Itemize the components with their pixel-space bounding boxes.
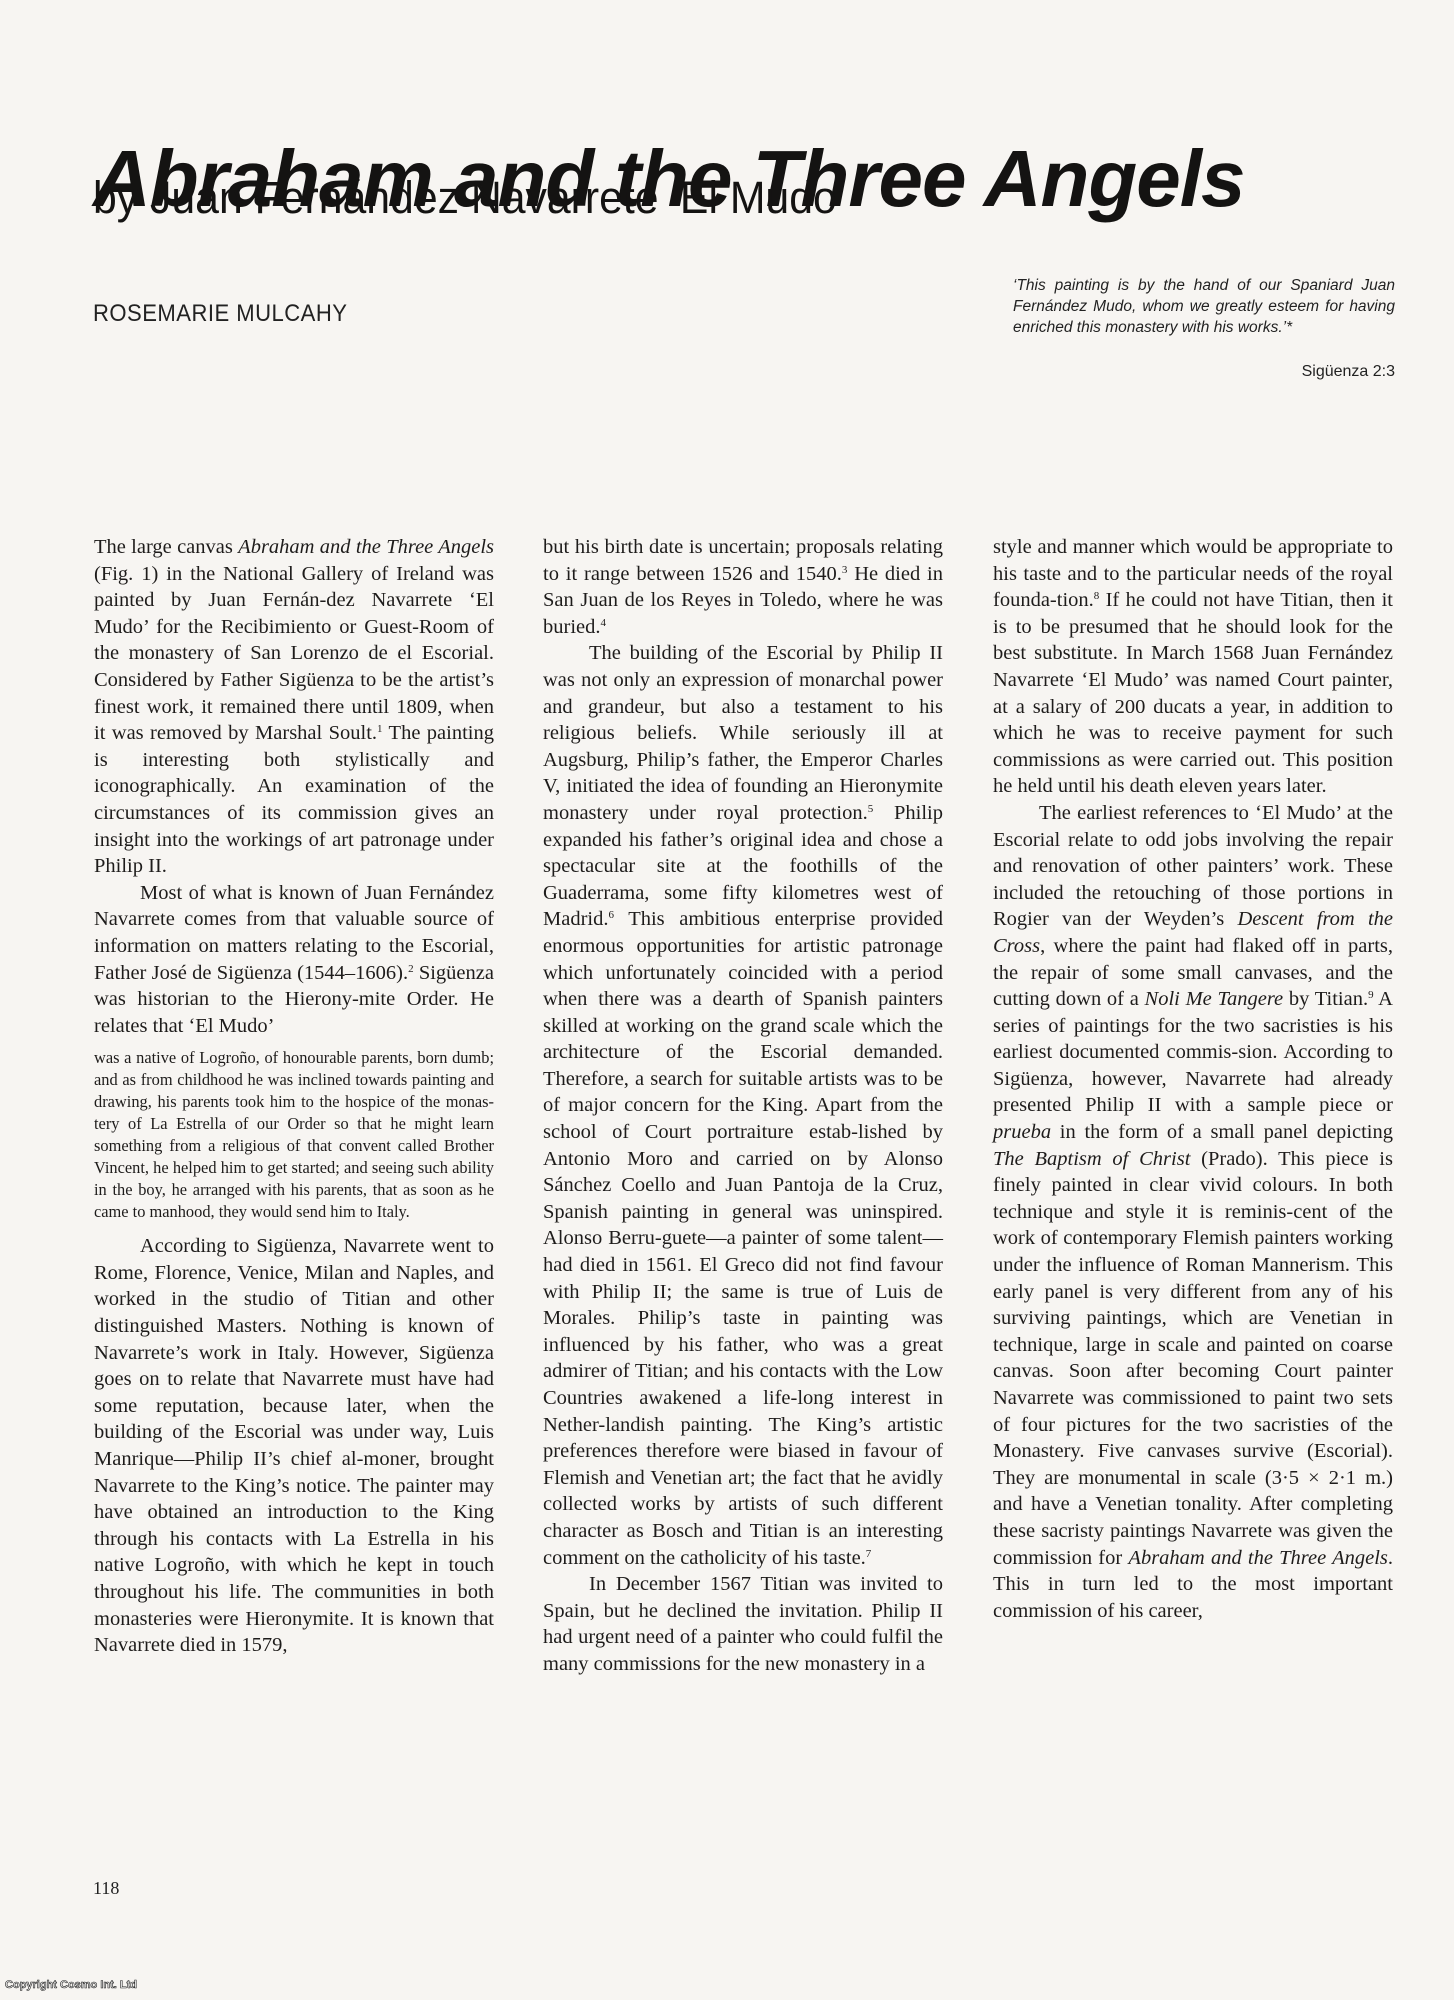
text-run: This ambitious enterprise provided enorm… [543,908,943,1568]
italic-title: Abraham and the Three Angels [1128,1547,1387,1569]
page-number: 118 [93,1878,119,1899]
paragraph: The large canvas Abraham and the Three A… [94,534,494,880]
italic-term: prueba [993,1121,1051,1143]
paragraph: style and manner which would be appropri… [993,534,1393,800]
italic-title: The Baptism of Christ [993,1148,1190,1170]
article-subtitle: by Juan Fernández Navarrete ‘El Mudo’ [93,170,1347,226]
copyright-watermark: Copyright Cosmo Int. Ltd [5,1979,137,1991]
text-column-1: The large canvas Abraham and the Three A… [94,534,494,1659]
paragraph: Most of what is known of Juan Fernández … [94,880,494,1040]
epigraph-quote: ‘This painting is by the hand of our Spa… [1013,275,1395,338]
paragraph: The earliest references to ‘El Mudo’ at … [993,800,1393,1624]
footnote-ref: 4 [601,617,607,629]
paragraph: The building of the Escorial by Philip I… [543,640,943,1571]
text-run: The painting is interesting both stylist… [94,722,494,877]
author-name: ROSEMARIE MULCAHY [93,300,347,328]
paragraph: According to Sigüenza, Navarrete went to… [94,1233,494,1659]
epigraph-source: Sigüenza 2:3 [1013,363,1395,381]
italic-title: Abraham and the Three Angels [238,536,494,558]
text-run: If he could not have Titian, then it is … [993,589,1393,797]
footnote-ref: 7 [866,1548,872,1560]
block-quote: was a native of Logroño, of honourable p… [94,1047,494,1223]
text-column-2: but his birth date is uncertain; proposa… [543,534,943,1678]
text-run: (Fig. 1) in the National Gallery of Irel… [94,563,494,745]
text-column-3: style and manner which would be appropri… [993,534,1393,1624]
text-run: The large canvas [94,536,238,558]
paragraph: but his birth date is uncertain; proposa… [543,534,943,640]
paragraph: In December 1567 Titian was invited to S… [543,1571,943,1677]
text-run: The building of the Escorial by Philip I… [543,642,943,824]
text-run: by Titian. [1283,988,1368,1010]
text-run: in the form of a small panel depicting [1051,1121,1393,1143]
text-run: (Prado). This piece is finely painted in… [993,1148,1393,1569]
italic-title: Noli Me Tangere [1145,988,1284,1010]
